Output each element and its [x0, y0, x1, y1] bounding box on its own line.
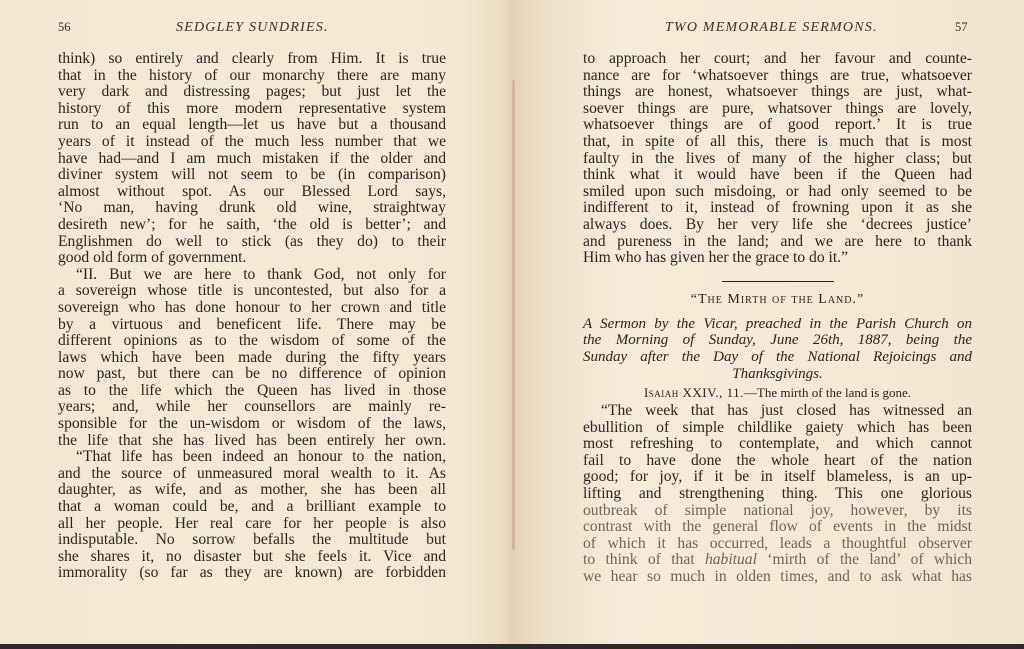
- text-line: history of this more modern representati…: [58, 101, 446, 118]
- text-line: indisputable. No sorrow befalls the mult…: [58, 532, 446, 549]
- text-line: have had—and I am much mistaken if the o…: [58, 151, 446, 168]
- text-line: outbreak of simple national joy, however…: [583, 503, 972, 520]
- text-line: of which it has occurred, leads a though…: [583, 536, 972, 553]
- text-line: good; for joy, if it be in itself blamel…: [583, 469, 972, 486]
- scripture-reference: Isaiah XXIV., 11.: [644, 385, 744, 400]
- text-line: lifting and strengthening thing. This on…: [583, 486, 972, 503]
- paragraph-start: “II. But we are here to thank God, not o…: [58, 267, 446, 284]
- text-line: by a virtuous and beneficent life. There…: [58, 317, 446, 334]
- sermon-subtitle: A Sermon by the Vicar, preached in the P…: [583, 316, 972, 382]
- text-line: sponsible for the un-wisdom or wisdom of…: [58, 416, 446, 433]
- text-line: indifferent to it, instead of frowning u…: [583, 200, 972, 217]
- text-line: Him who has given her the grace to do it…: [583, 250, 972, 267]
- text-fragment: ‘mirth of the land’ of which: [757, 551, 972, 568]
- text-line: most refreshing to contemplate, and whic…: [583, 436, 972, 453]
- paragraph-start: “That life has been indeed an honour to …: [58, 449, 446, 466]
- text-line: diviner system will not seem to be (in c…: [58, 167, 446, 184]
- text-line: now past, but there can be no difference…: [58, 366, 446, 383]
- text-line: laws which have been made during the fif…: [58, 350, 446, 367]
- running-head: TWO MEMORABLE SERMONS.: [665, 20, 878, 36]
- text-line: very dark and distressing pages; but jus…: [58, 84, 446, 101]
- italic-word: habitual: [705, 551, 757, 568]
- text-line: a sovereign whose title is uncontested, …: [58, 283, 446, 300]
- subtitle-line: A Sermon by the Vicar, preached in the P…: [583, 316, 972, 333]
- text-line: Englishmen do well to stick (as they do)…: [58, 234, 446, 251]
- right-page: TWO MEMORABLE SERMONS. 57 to approach he…: [512, 0, 1024, 646]
- text-line: almost without spot. As our Blessed Lord…: [58, 184, 446, 201]
- body-text: think) so entirely and clearly from Him.…: [58, 51, 446, 582]
- text-line: faulty in the lives of many of the highe…: [583, 151, 972, 168]
- text-line: think what it would have been if the Que…: [583, 167, 972, 184]
- text-line: that in the history of our monarchy ther…: [58, 68, 446, 85]
- text-line: immorality (so far as they are known) ar…: [58, 565, 446, 582]
- text-line: that, in spite of all this, there is muc…: [583, 134, 972, 151]
- text-line: different opinions as to the wisdom of s…: [58, 333, 446, 350]
- text-line: contrast with the general flow of events…: [583, 519, 972, 536]
- text-line: the life that she has lived has been ent…: [58, 433, 446, 450]
- left-page: 56 SEDGLEY SUNDRIES. think) so entirely …: [0, 0, 500, 646]
- text-line: fail to have done the whole heart of the…: [583, 453, 972, 470]
- text-line: things are honest, whatsoever things are…: [583, 84, 972, 101]
- scripture-citation: Isaiah XXIV., 11.—The mirth of the land …: [583, 385, 972, 401]
- text-line: sovereign who has done honour to her cro…: [58, 300, 446, 317]
- scripture-text: —The mirth of the land is gone.: [744, 385, 911, 400]
- subtitle-line: the Morning of Sunday, June 26th, 1887, …: [583, 332, 972, 349]
- sermon-title: “The Mirth of the Land.”: [583, 292, 972, 310]
- running-head: SEDGLEY SUNDRIES.: [176, 20, 329, 36]
- body-text: to approach her court; and her favour an…: [583, 51, 972, 586]
- text-line: as to the life which the Queen has lived…: [58, 383, 446, 400]
- text-line: run to an equal length—let us have but a…: [58, 117, 446, 134]
- page-number: 56: [58, 20, 71, 35]
- text-line: think) so entirely and clearly from Him.…: [58, 51, 446, 68]
- subtitle-line: Sunday after the Day of the National Rej…: [583, 349, 972, 366]
- paragraph-start: “The week that has just closed has witne…: [583, 403, 972, 420]
- text-line: ‘No man, having drunk old wine, straight…: [58, 200, 446, 217]
- text-line: to approach her court; and her favour an…: [583, 51, 972, 68]
- text-line: years; and, while her counsellors are ma…: [58, 399, 446, 416]
- text-line: desireth new’; for he saith, ‘the old is…: [58, 217, 446, 234]
- text-line: smiled upon such misdoing, or had only s…: [583, 184, 972, 201]
- text-fragment: to think of that: [583, 551, 705, 568]
- text-line: ebullition of simple childlike gaiety wh…: [583, 420, 972, 437]
- book-spread: 56 SEDGLEY SUNDRIES. think) so entirely …: [0, 0, 1024, 646]
- text-line: years of it instead of the much less num…: [58, 134, 446, 151]
- text-line: all her people. Her real care for her pe…: [58, 516, 446, 533]
- subtitle-line: Thanksgivings.: [583, 366, 972, 383]
- text-line: nance are for ‘whatsoever things are tru…: [583, 68, 972, 85]
- text-line: and the source of unmeasured moral wealt…: [58, 466, 446, 483]
- text-line: good old form of government.: [58, 250, 446, 267]
- text-line-habitual: to think of that habitual ‘mirth of the …: [583, 552, 972, 569]
- text-line: soever things are pure, whatsover things…: [583, 101, 972, 118]
- text-line: whatsoever things are of good report.’ I…: [583, 117, 972, 134]
- page-number: 57: [955, 20, 968, 35]
- section-divider: [722, 281, 834, 282]
- text-line: we hear so much in olden times, and to a…: [583, 569, 972, 586]
- text-line: always does. By her very life she ‘decre…: [583, 217, 972, 234]
- text-line: and pureness in the land; and we are her…: [583, 234, 972, 251]
- text-line: daughter, as wife, and as mother, she ha…: [58, 482, 446, 499]
- text-line: she shares it, no disaster but she feels…: [58, 549, 446, 566]
- book-bottom-edge: [0, 644, 1024, 649]
- text-line: that a woman could be, and a brilliant e…: [58, 499, 446, 516]
